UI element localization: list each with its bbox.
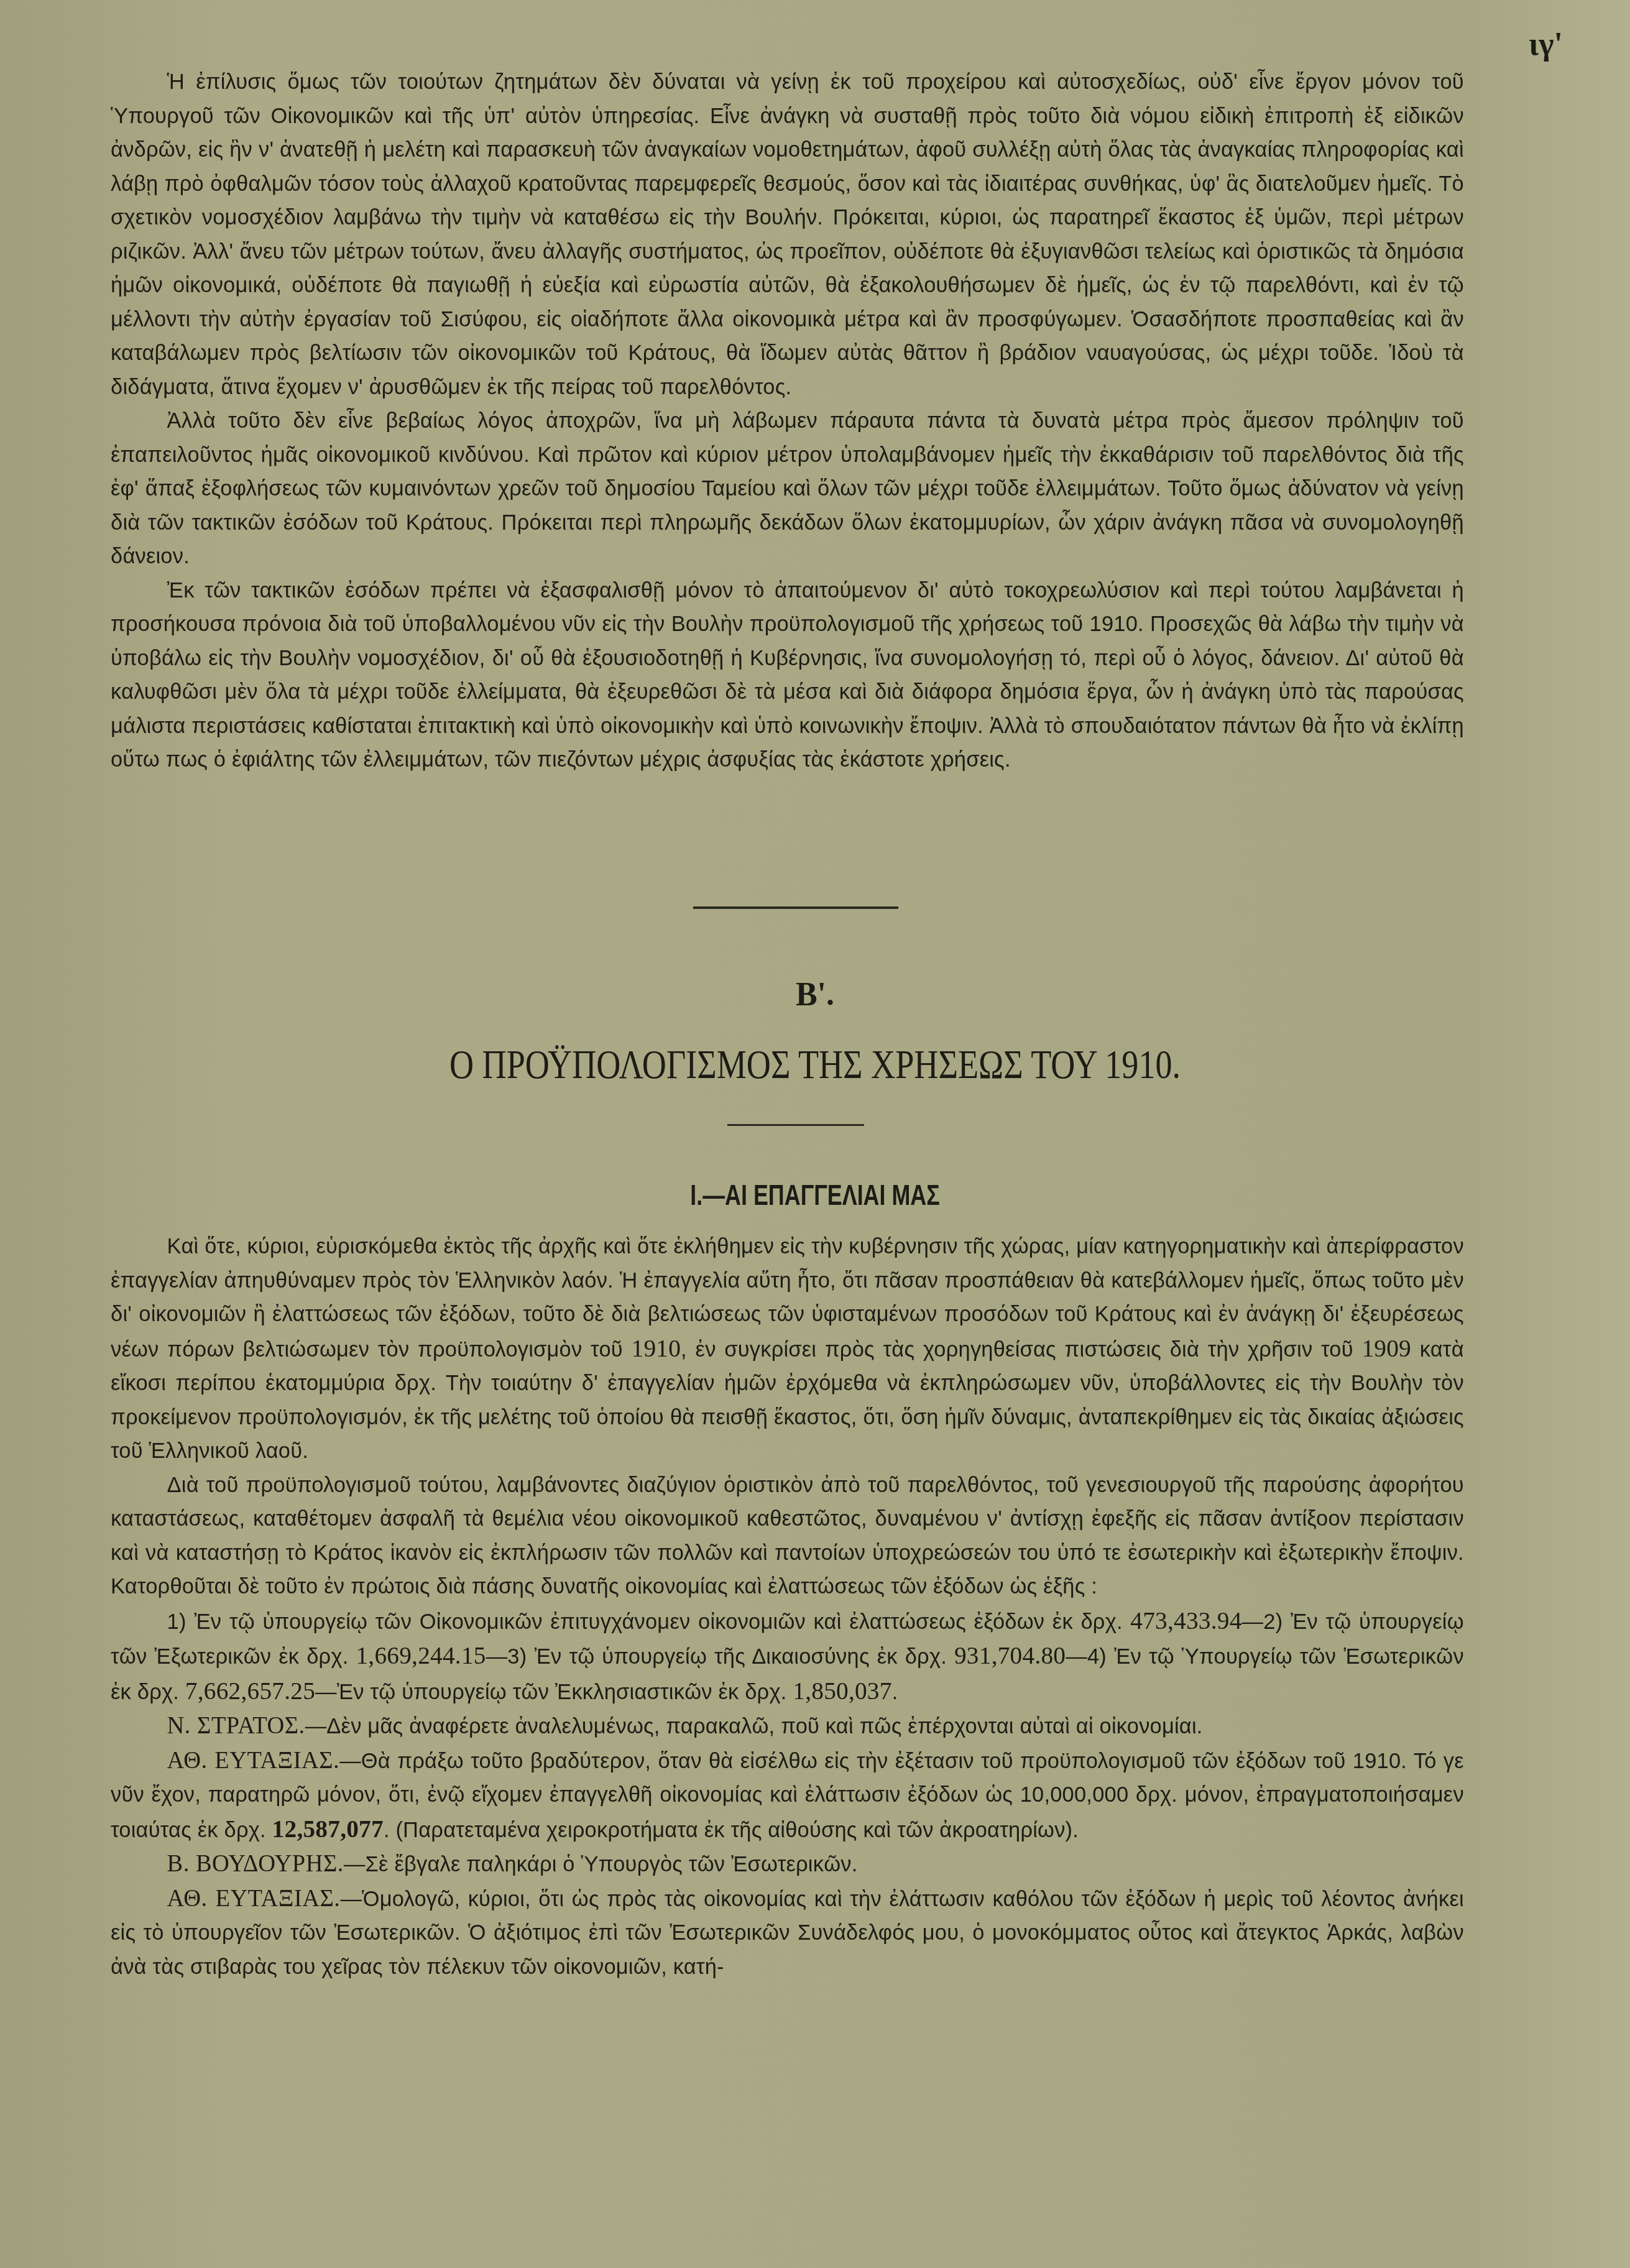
section-1-body: Ἡ ἐπίλυσις ὅμως τῶν τοιούτων ζητημάτων δ…: [111, 65, 1464, 777]
savings-amount: 1,669,244.15: [356, 1641, 486, 1669]
speech-stratos: Ν. ΣΤΡΑΤΟΣ.—Δὲν μᾶς ἀναφέρετε ἀναλελυμέν…: [111, 1709, 1464, 1744]
savings-list: 1) Ἐν τῷ ὑπουργείῳ τῶν Οἰκονομικῶν ἐπιτυ…: [111, 1604, 1464, 1710]
highlight-amount: 12,587,077: [272, 1815, 384, 1843]
speech-eutaxias-1: ΑΘ. ΕΥΤΑΞΙΑΣ.—Θὰ πράξω τοῦτο βραδύτερον,…: [111, 1744, 1464, 1848]
savings-amount: 7,662,657.25: [185, 1677, 315, 1705]
savings-amount: 1,850,037: [793, 1677, 891, 1705]
subsection-title: I.—ΑΙ ΕΠΑΓΓΕΛΙΑΙ ΜΑΣ: [179, 1178, 1450, 1212]
speech-eutaxias-2: ΑΘ. ΕΥΤΑΞΙΑΣ.—Ὁμολογῶ, κύριοι, ὅτι ὡς πρ…: [111, 1882, 1464, 1984]
title-divider: [727, 1124, 864, 1126]
section-number: Β'.: [0, 976, 1630, 1013]
page-number: ιγ': [1529, 26, 1563, 63]
paragraph: Διὰ τοῦ προϋπολογισμοῦ τούτου, λαμβάνοντ…: [111, 1468, 1464, 1604]
paragraph: Ἐκ τῶν τακτικῶν ἐσόδων πρέπει νὰ ἐξασφαλ…: [111, 574, 1464, 777]
section-title: Ο ΠΡΟΫΠΟΛΟΓΙΣΜΟΣ ΤΗΣ ΧΡΗΣΕΩΣ ΤΟΥ 1910.: [147, 1041, 1483, 1089]
savings-amount: 931,704.80: [954, 1641, 1066, 1669]
section-divider: [693, 906, 898, 909]
paragraph: Ἀλλὰ τοῦτο δὲν εἶνε βεβαίως λόγος ἀποχρῶ…: [111, 404, 1464, 574]
savings-item-label: —3) Ἐν τῷ ὑπουργείῳ τῆς Δικαιοσύνης ἐκ δ…: [486, 1644, 947, 1669]
speaker-name: Ν. ΣΤΡΑΤΟΣ.: [167, 1712, 305, 1739]
speaker-name: ΑΘ. ΕΥΤΑΞΙΑΣ.: [167, 1885, 341, 1912]
paragraph: Ἡ ἐπίλυσις ὅμως τῶν τοιούτων ζητημάτων δ…: [111, 65, 1464, 404]
speech-voudouris: Β. ΒΟΥΔΟΥΡΗΣ.—Σὲ ἔβγαλε παληκάρι ὁ Ὑπουρ…: [111, 1847, 1464, 1882]
section-2-body: Καὶ ὅτε, κύριοι, εὑρισκόμεθα ἐκτὸς τῆς ἀ…: [111, 1230, 1464, 1984]
speaker-name: ΑΘ. ΕΥΤΑΞΙΑΣ.: [167, 1747, 340, 1774]
speaker-name: Β. ΒΟΥΔΟΥΡΗΣ.: [167, 1850, 344, 1877]
savings-item-label: —Ἐν τῷ ὑπουργείῳ τῶν Ἐκκλησιαστικῶν ἐκ δ…: [315, 1680, 786, 1704]
savings-item-label: 1) Ἐν τῷ ὑπουργείῳ τῶν Οἰκονομικῶν ἐπιτυ…: [167, 1610, 1123, 1634]
paragraph: Καὶ ὅτε, κύριοι, εὑρισκόμεθα ἐκτὸς τῆς ἀ…: [111, 1230, 1464, 1468]
savings-amount: 473,433.94: [1130, 1606, 1241, 1634]
